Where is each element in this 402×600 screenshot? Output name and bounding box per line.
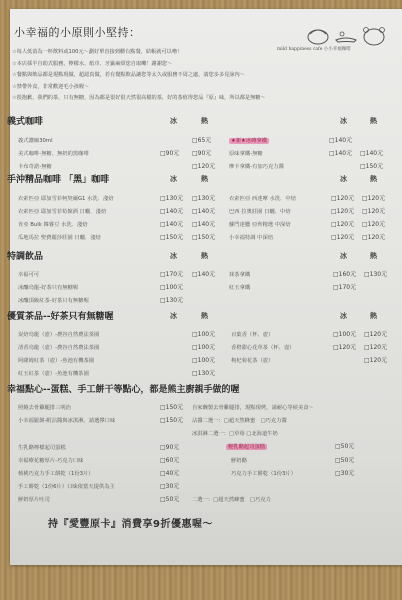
menu-item: 生乳酪檸檬起司蛋糕 bbox=[18, 443, 66, 451]
menu-item: 香橙甜心花草茶（杯、壺） bbox=[231, 343, 295, 351]
menu-item: 冰釀頂級紅茶-好茶只有無糖喔 bbox=[18, 296, 89, 304]
menu-note: 二選一：□超天然蜂蜜 □巧克力 bbox=[192, 495, 271, 503]
rule-item: ☆禁帶外食，非常歡迎毛小孩喔～ bbox=[12, 82, 266, 94]
rules-list: ☆每人低消為一杯飲料或100元～劃好單直接到櫃台點餐，結帳就可以嚕！ ☆本店採半… bbox=[12, 47, 266, 105]
menu-item: 蘇門達臘 亞齊精選 中深焙 bbox=[229, 220, 291, 228]
menu-item: 照燒去骨雞腿排三明治 bbox=[18, 403, 71, 411]
menu-item: 冰釀烏龍-好茶只有無糖喔 bbox=[18, 283, 78, 291]
cafe-logo-icon bbox=[306, 24, 386, 46]
menu-item: 手工餅乾（1份6片）口味依當天提供為主 bbox=[18, 482, 115, 490]
menu-item: 肯亞 Bulk 韓睿豆 水洗．淺焙 bbox=[18, 220, 88, 228]
col-ice: 冰 bbox=[340, 116, 347, 126]
menu-item: 紅玉紅茶（壺）-魚池有機茶園 bbox=[18, 369, 89, 377]
menu-item: 鮮奶酪 bbox=[231, 456, 247, 464]
section-title-tea: 優質茶品--好茶只有無糖喔 bbox=[7, 309, 113, 322]
menu-item: 小幸福特調 中深焙 bbox=[229, 233, 273, 241]
menu-item: 紅玉拿鐵 bbox=[229, 283, 250, 291]
menu-item: 幸福療花糖厚片-巧克力口味 bbox=[18, 456, 83, 464]
menu-item: 清香烏龍（壺）-農谷自然農法茶園 bbox=[18, 343, 99, 351]
menu-item: 阿薩姆紅茶（壺）-魚池有機茶園 bbox=[18, 356, 94, 364]
menu-item: 摩卡拿鐵-有加巧克力醬 bbox=[229, 162, 284, 170]
menu-item: 巧克力手工餅乾（1份3片） bbox=[231, 469, 296, 477]
rule-item: ☆餐點與飲品都是現點現做，超認真做，若有餐點飲品讓您等太久或服務不周之處，請您多… bbox=[12, 70, 266, 82]
menu-item: 抹茶拿鐵 bbox=[229, 270, 250, 278]
menu-item: 卡布奇諾-無糖 bbox=[18, 162, 52, 170]
menu-item: 衣索匹亞 西達摩 水洗．中焙 bbox=[229, 194, 296, 202]
menu-item: 鮮奶厚片吐司 bbox=[18, 495, 50, 503]
menu-item: 百葉香（杯、壺） bbox=[231, 330, 273, 338]
logo-text: mild happiness cafe 小小幸福咖啡 bbox=[277, 46, 351, 52]
menu-item: 原味拿鐵-無糖 bbox=[229, 149, 263, 157]
menu-item: 小幸福鬆餅-附沾醬與冰淇淋，請選擇口味 bbox=[18, 416, 115, 424]
menu-item: 義式濃縮30ml bbox=[18, 136, 53, 144]
menu-item: 核桃巧克力手工餅乾（1份3片） bbox=[18, 469, 94, 477]
section-title-special: 特調飲品 bbox=[7, 249, 43, 262]
rule-item: ☆每人低消為一杯飲料或100元～劃好單直接到櫃台點餐，結帳就可以嚕！ bbox=[12, 47, 266, 59]
promo-text: 持『愛豐原卡』消費享9折優惠喔～ bbox=[48, 515, 213, 530]
menu-note: 沾醬二選一：□超天然蜂蜜 □巧克力醬 bbox=[192, 416, 287, 424]
menu-item: 美式咖啡-無糖、無奶的黑咖啡 bbox=[18, 149, 89, 157]
section-title-snacks: 幸福點心--蛋糕、手工餅干等點心，都是熊主廚親手做的喔 bbox=[7, 382, 239, 395]
menu-note: 自家醃製去骨雞腿排，現點現烤，請耐心等候美食～ bbox=[192, 403, 314, 411]
menu-item-highlighted: ★新★冰磚拿鐵 bbox=[229, 136, 269, 144]
section-title-espresso: 義式咖啡 bbox=[7, 114, 43, 127]
menu-title: 小幸福的小原則小堅持： bbox=[14, 24, 141, 40]
menu-item: 枸杞菊花茶（壺） bbox=[231, 356, 273, 364]
menu-item: 幸福可可 bbox=[18, 270, 39, 278]
menu-item: 巴西 拉奧莊園 日曬．中焙 bbox=[229, 207, 291, 215]
menu-item-highlighted: 輕乳酪起司蛋糕 bbox=[226, 442, 267, 450]
menu-item: 衣索匹亞 耶加雪菲柯契爾G1 水洗．淺焙 bbox=[18, 194, 114, 202]
menu-item: 瓜地馬拉 聖費麗莎莊園 日曬．淺焙 bbox=[18, 233, 101, 241]
col-ice: 冰 bbox=[170, 116, 177, 126]
menu-note: 冰淇淋二選一：□草莓 □北海道牛奶 bbox=[192, 429, 278, 437]
menu-item: 炭焙烏龍（壺）-農谷自然農法茶園 bbox=[18, 330, 99, 338]
rule-item: ☆本店採半自助式服務，檸檬水、紙巾、牙籤麻煩您自取囉！謝謝您～ bbox=[12, 59, 266, 71]
section-title-pourover: 手沖精品咖啡 「黑」咖啡 bbox=[7, 172, 109, 185]
rule-item: ☆很抱歉，我們的茶，只有無糖，因為都是很好很天然很高檔的茶，好的茶值得您品『原』… bbox=[12, 93, 266, 105]
col-hot: 熱 bbox=[201, 116, 208, 126]
col-hot: 熱 bbox=[370, 116, 377, 126]
menu-item: 衣索匹亞 耶加雪菲筍館酒 日曬．淺焙 bbox=[18, 207, 106, 215]
